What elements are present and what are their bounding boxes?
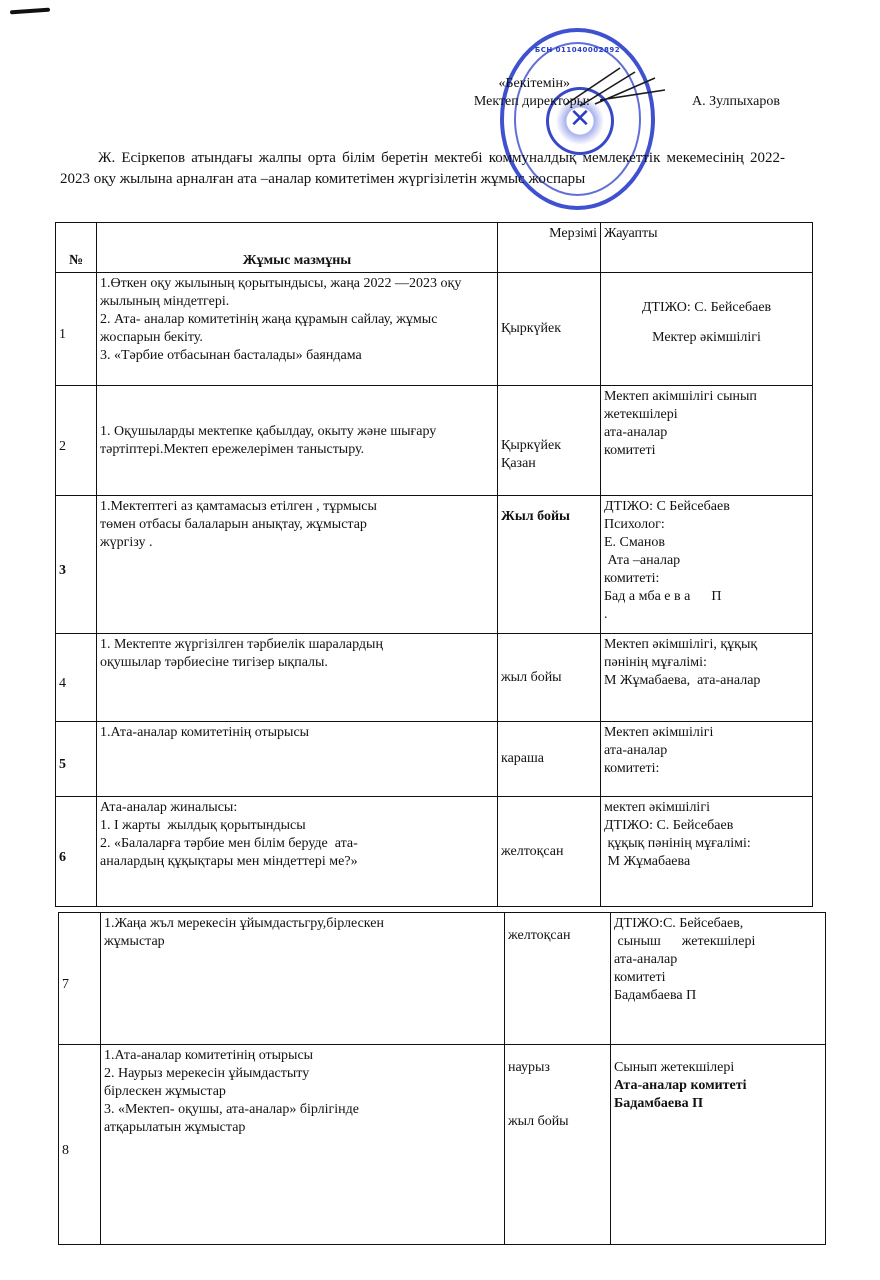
row-content-line: оқушылар тәрбиесіне тигізер ықпалы. xyxy=(100,654,494,672)
header-term: Мерзімі xyxy=(498,223,601,273)
row-responsible: ДТІЖО: С БейсебаевПсихолог:Е. Сманов Ата… xyxy=(601,496,813,634)
table-header-row: № Жұмыс мазмұны Мерзімі Жауапты xyxy=(56,223,813,273)
row-term-line: Қазан xyxy=(501,455,597,473)
row-term-line: Қыркүйек xyxy=(501,320,597,338)
row-responsible-line: ата-аналар xyxy=(604,424,809,442)
row-number: 3 xyxy=(56,496,97,634)
row-content-line: 1.Өткен оқу жылының қорытындысы, жаңа 20… xyxy=(100,275,494,311)
row-number: 2 xyxy=(56,386,97,496)
row-responsible: Мектеп әкімшілігі, құқықпәнінің мұғалімі… xyxy=(601,634,813,722)
table-row: 6Ата-аналар жиналысы:1. I жарты жылдық қ… xyxy=(56,797,813,907)
row-content: 1.Жаңа жъл мерекесін ұйымдастьгру,бірлес… xyxy=(101,913,505,1045)
row-responsible: ДТІЖО: С. БейсебаевМектер әкімшілігі xyxy=(601,273,813,386)
row-responsible-line: Мектеп акімшілігі сынып xyxy=(604,388,809,406)
row-responsible-line: Мектеп әкімшілігі, құқық xyxy=(604,636,809,654)
row-responsible-line: Е. Сманов xyxy=(604,534,809,552)
row-content-line: 1. Оқушыларды мектепке қабылдау, окыту ж… xyxy=(100,423,494,459)
row-content-line: атқарылатын жұмыстар xyxy=(104,1119,501,1137)
row-content: 1.Ата-аналар комитетінің отырысы xyxy=(97,722,498,797)
approval-signer: А. Зулпыхаров xyxy=(692,94,780,109)
row-term-line: желтоқсан xyxy=(501,843,597,861)
row-term: желтоқсан xyxy=(498,797,601,907)
row-responsible-line: М Жұмабаева, ата-аналар xyxy=(604,672,809,690)
row-responsible-line: ата-аналар xyxy=(614,951,822,969)
header-no: № xyxy=(56,223,97,273)
pen-mark xyxy=(10,8,50,15)
row-responsible-line: ДТІЖО: С. Бейсебаев xyxy=(604,293,809,323)
table-row: 11.Өткен оқу жылының қорытындысы, жаңа 2… xyxy=(56,273,813,386)
row-term-line xyxy=(508,1077,607,1095)
row-responsible-line: Психолог: xyxy=(604,516,809,534)
row-responsible: мектеп әкімшілігіДТІЖО: С. Бейсебаев құқ… xyxy=(601,797,813,907)
row-term-line: желтоқсан xyxy=(508,927,607,945)
row-content-line: 1.Жаңа жъл мерекесін ұйымдастьгру,бірлес… xyxy=(104,915,501,933)
approval-label: «Бекітемін» xyxy=(474,75,570,93)
row-content-line: 1. I жарты жылдық қорытындысы xyxy=(100,817,494,835)
row-responsible-line: құқық пәнінің мұғалімі: xyxy=(604,835,809,853)
row-responsible-line: комитеті: xyxy=(604,570,809,588)
header-responsible: Жауапты xyxy=(601,223,813,273)
row-responsible-line: Ата –аналар xyxy=(604,552,809,570)
row-content: 1.Өткен оқу жылының қорытындысы, жаңа 20… xyxy=(97,273,498,386)
row-responsible-line: Бадамбаева П xyxy=(614,1095,822,1113)
row-number: 6 xyxy=(56,797,97,907)
row-term-line: наурыз xyxy=(508,1059,607,1077)
row-responsible-line: ДТІЖО:С. Бейсебаев, xyxy=(614,915,822,933)
row-term-line: Қыркүйек xyxy=(501,437,597,455)
row-term-line: жыл бойы xyxy=(501,669,597,687)
row-content-line: 2. «Балаларға тәрбие мен білім беруде ат… xyxy=(100,835,494,853)
row-number: 5 xyxy=(56,722,97,797)
row-responsible-line: ДТІЖО: С. Бейсебаев xyxy=(604,817,809,835)
row-content-line: жұмыстар xyxy=(104,933,501,951)
row-content-line: 2. Наурыз мерекесін ұйымдастыту xyxy=(104,1065,501,1083)
table-row: 51.Ата-аналар комитетінің отырысыкарашаМ… xyxy=(56,722,813,797)
row-responsible-line: комитеті: xyxy=(604,760,809,778)
row-number: 4 xyxy=(56,634,97,722)
row-content-line: бірлескен жұмыстар xyxy=(104,1083,501,1101)
table-row: 31.Мектептегі аз қамтамасыз етілген , тұ… xyxy=(56,496,813,634)
row-content: 1.Ата-аналар комитетінің отырысы2. Науры… xyxy=(101,1045,505,1245)
row-term-line: караша xyxy=(501,750,597,768)
row-responsible-line: ата-аналар xyxy=(604,742,809,760)
row-number: 1 xyxy=(56,273,97,386)
table-row: 21. Оқушыларды мектепке қабылдау, окыту … xyxy=(56,386,813,496)
row-content-line: аналардың құқықтары мен міндеттері ме?» xyxy=(100,853,494,871)
row-responsible: ДТІЖО:С. Бейсебаев, сыныш жетекшілеріата… xyxy=(611,913,826,1045)
row-content-line: 3. «Тәрбие отбасынан басталады» баяндама xyxy=(100,347,494,365)
row-term-line: Жыл бойы xyxy=(501,508,597,526)
row-responsible-line: Бад а мба е в а П xyxy=(604,588,809,606)
row-responsible-line: сыныш жетекшілері xyxy=(614,933,822,951)
row-number: 7 xyxy=(59,913,101,1045)
document-title: Ж. Есіркепов атындағы жалпы орта білім б… xyxy=(60,148,785,190)
row-number: 8 xyxy=(59,1045,101,1245)
row-responsible: Мектеп әкімшілігіата-аналаркомитеті: xyxy=(601,722,813,797)
row-responsible-line: М Жұмабаева xyxy=(604,853,809,871)
row-content-line: 1. Мектепте жүргізілген тәрбиелік шарала… xyxy=(100,636,494,654)
row-responsible-line: комитеті xyxy=(614,969,822,987)
row-content: Ата-аналар жиналысы:1. I жарты жылдық қо… xyxy=(97,797,498,907)
table-row: 81.Ата-аналар комитетінің отырысы2. Наур… xyxy=(59,1045,826,1245)
row-content-line: 3. «Мектеп- оқушы, ата-аналар» бірлігінд… xyxy=(104,1101,501,1119)
row-content-line: Ата-аналар жиналысы: xyxy=(100,799,494,817)
signature-icon xyxy=(560,60,670,110)
row-term-line xyxy=(508,1095,607,1113)
row-responsible-line: пәнінің мұғалімі: xyxy=(604,654,809,672)
row-term: караша xyxy=(498,722,601,797)
plan-table: № Жұмыс мазмұны Мерзімі Жауапты 11.Өткен… xyxy=(55,222,813,907)
row-responsible-line: комитеті xyxy=(604,442,809,460)
row-term: наурызжыл бойы xyxy=(505,1045,611,1245)
table-row: 71.Жаңа жъл мерекесін ұйымдастьгру,бірле… xyxy=(59,913,826,1045)
row-responsible: Мектеп акімшілігі сыныпжетекшілеріата-ан… xyxy=(601,386,813,496)
header-content: Жұмыс мазмұны xyxy=(97,223,498,273)
row-responsible-line: ДТІЖО: С Бейсебаев xyxy=(604,498,809,516)
row-content: 1.Мектептегі аз қамтамасыз етілген , тұр… xyxy=(97,496,498,634)
row-responsible-line: Ата-аналар комитеті xyxy=(614,1077,822,1095)
row-content-line: төмен отбасы балаларын анықтау, жұмыстар xyxy=(100,516,494,534)
row-responsible-line: Мектеп әкімшілігі xyxy=(604,724,809,742)
row-term: ҚыркүйекҚазан xyxy=(498,386,601,496)
row-content-line: жүргізу . xyxy=(100,534,494,552)
stamp-bin: БСН 011040002892 xyxy=(504,46,651,54)
row-responsible-line: Мектер әкімшілігі xyxy=(604,323,809,353)
row-content: 1. Мектепте жүргізілген тәрбиелік шарала… xyxy=(97,634,498,722)
row-content-line: 1.Мектептегі аз қамтамасыз етілген , тұр… xyxy=(100,498,494,516)
plan-table-continued: 71.Жаңа жъл мерекесін ұйымдастьгру,бірле… xyxy=(58,912,826,1245)
row-content-line: 1.Ата-аналар комитетінің отырысы xyxy=(104,1047,501,1065)
row-content: 1. Оқушыларды мектепке қабылдау, окыту ж… xyxy=(97,386,498,496)
row-term: желтоқсан xyxy=(505,913,611,1045)
row-responsible-line: . xyxy=(604,606,809,624)
row-responsible: Сынып жетекшілеріАта-аналар комитетіБада… xyxy=(611,1045,826,1245)
row-content-line: 1.Ата-аналар комитетінің отырысы xyxy=(100,724,494,742)
row-term: Қыркүйек xyxy=(498,273,601,386)
row-term: Жыл бойы xyxy=(498,496,601,634)
table-row: 41. Мектепте жүргізілген тәрбиелік шарал… xyxy=(56,634,813,722)
row-responsible-line: мектеп әкімшілігі xyxy=(604,799,809,817)
row-term: жыл бойы xyxy=(498,634,601,722)
row-responsible-line: Бадамбаева П xyxy=(614,987,822,1005)
row-responsible-line: Сынып жетекшілері xyxy=(614,1059,822,1077)
row-term-line: жыл бойы xyxy=(508,1113,607,1131)
row-content-line: 2. Ата- аналар комитетінің жаңа құрамын … xyxy=(100,311,494,347)
row-responsible-line: жетекшілері xyxy=(604,406,809,424)
